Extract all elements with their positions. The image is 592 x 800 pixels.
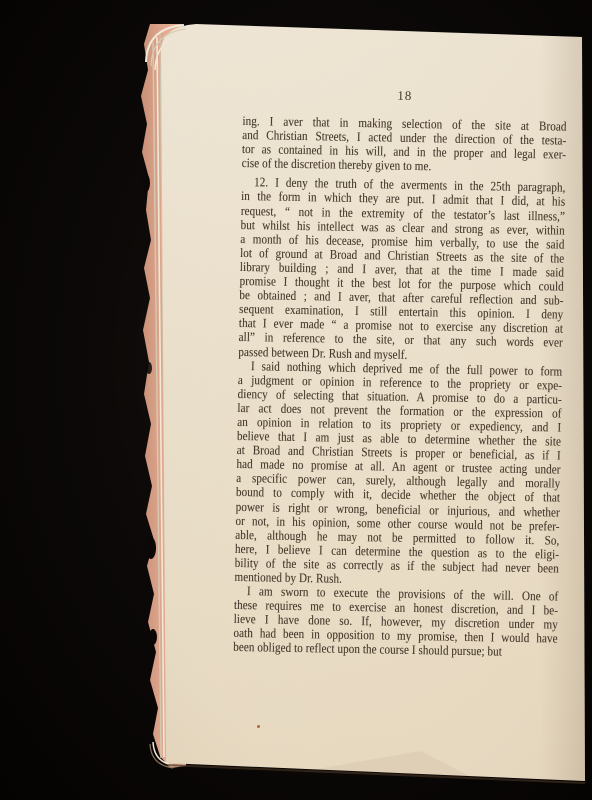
- paragraph: I am sworn to execute the provisions of …: [233, 584, 558, 660]
- body-text: ing. I aver that in making selection of …: [233, 114, 566, 660]
- paragraph: ing. I aver that in making selection of …: [242, 114, 567, 176]
- scanned-book-page-photo: 18 ing. I aver that in making selection …: [0, 0, 592, 800]
- paragraph: 12. I deny the truth of the averments in…: [238, 175, 565, 364]
- paragraph: I said nothing which deprived me of the …: [234, 359, 562, 590]
- page-text-column: 18 ing. I aver that in making selection …: [233, 86, 567, 660]
- paper-fleck: [257, 725, 260, 728]
